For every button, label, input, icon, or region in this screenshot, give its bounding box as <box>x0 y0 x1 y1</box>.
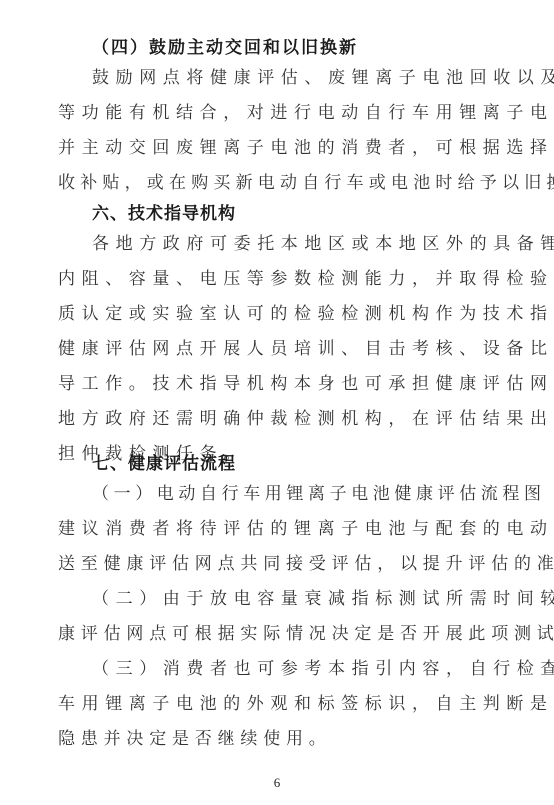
paragraph-line: 地方政府还需明确仲裁检测机构，在评估结果出现争议时承 <box>58 407 498 431</box>
paragraph-line: 康评估网点可根据实际情况决定是否开展此项测试。 <box>58 622 498 646</box>
paragraph-line: 隐患并决定是否继续使用。 <box>58 727 498 751</box>
paragraph-line: 并主动交回废锂离子电池的消费者，可根据选择直接给予回 <box>58 136 498 160</box>
page-number: 6 <box>270 775 284 791</box>
paragraph-line: 质认定或实验室认可的检验检测机构作为技术指导机构，对 <box>58 302 498 326</box>
paragraph-line: 车用锂离子电池的外观和标签标识，自主判断是否存在安全 <box>58 692 498 716</box>
section-heading-technical-guidance: 六、技术指导机构 <box>92 202 532 226</box>
paragraph-line: （二）由于放电容量衰减指标测试所需时间较长，各健 <box>92 587 498 611</box>
paragraph-line: 内阻、容量、电压等参数检测能力，并取得检验检测机构资 <box>58 267 498 291</box>
paragraph-line: 各地方政府可委托本地区或本地区外的具备锂离子电池 <box>92 232 498 256</box>
paragraph-line: 送至健康评估网点共同接受评估，以提升评估的准确性。 <box>58 552 498 576</box>
paragraph-line: 收补贴，或在购买新电动自行车或电池时给予以旧换新补贴。 <box>58 171 498 195</box>
paragraph-line: （一）电动自行车用锂离子电池健康评估流程图 1 所示。 <box>92 482 498 506</box>
paragraph-line: 等功能有机结合，对进行电动自行车用锂离子电池健康评估 <box>58 101 498 125</box>
document-page: （四）鼓励主动交回和以旧换新 鼓励网点将健康评估、废锂离子电池回收以及以旧换新 … <box>0 0 554 805</box>
section-heading-encourage-return: （四）鼓励主动交回和以旧换新 <box>92 36 532 60</box>
paragraph-line: 建议消费者将待评估的锂离子电池与配套的电动自行车一并 <box>58 517 498 541</box>
paragraph-line: （三）消费者也可参考本指引内容，自行检查电动自行 <box>92 657 498 681</box>
paragraph-line: 健康评估网点开展人员培训、目击考核、设备比对等技术指 <box>58 337 498 361</box>
section-heading-evaluation-process: 七、健康评估流程 <box>92 452 532 476</box>
paragraph-line: 导工作。技术指导机构本身也可承担健康评估网点职能。各 <box>58 372 498 396</box>
paragraph-line: 鼓励网点将健康评估、废锂离子电池回收以及以旧换新 <box>92 66 498 90</box>
